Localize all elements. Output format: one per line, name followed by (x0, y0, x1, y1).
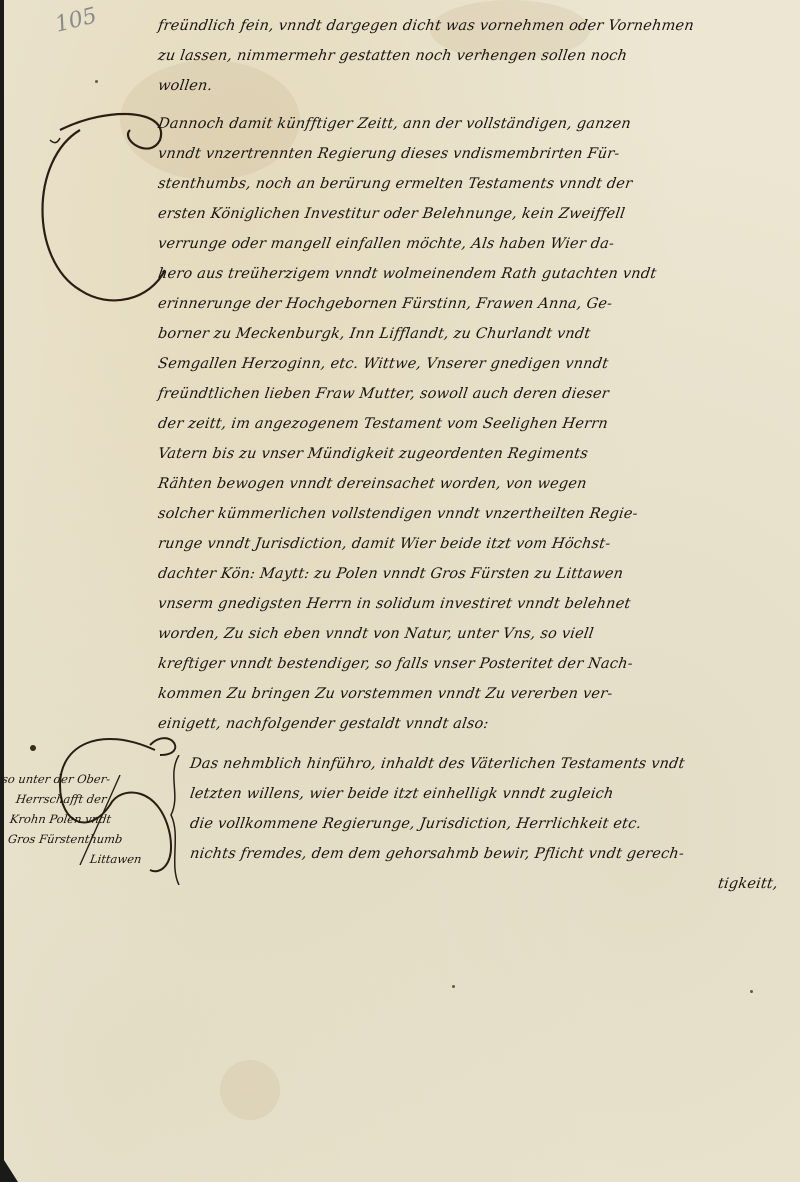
text-line: verrunge oder mangell einfallen möchte, … (157, 236, 615, 252)
decorative-initial-d-flourish (20, 100, 170, 320)
paper-stain (220, 1060, 280, 1120)
text-line: freündlich fein, vnndt dargegen dicht wa… (157, 18, 695, 34)
margin-note-line: Gros Fürstenthumb (7, 832, 123, 846)
text-line: borner zu Meckenburgk, Inn Lifflandt, zu… (157, 326, 592, 342)
text-line: runge vnndt Jurisdiction, damit Wier bei… (157, 536, 612, 552)
text-line: letzten willens, wier beide itzt einhell… (189, 786, 615, 802)
text-line: stenthumbs, noch an berürung ermelten Te… (157, 176, 633, 192)
manuscript-page: 105 freündlich fein, vnndt dargegen dich… (0, 0, 800, 1182)
text-line: Das nehmblich hinführo, inhaldt des Väte… (189, 756, 686, 772)
text-line: Rähten bewogen vnndt dereinsachet worden… (157, 476, 588, 492)
text-line: tigkeitt, (717, 876, 779, 892)
text-line: die vollkommene Regierunge, Jurisdiction… (189, 816, 643, 832)
folio-number: 105 (53, 3, 100, 37)
text-line: der zeitt, im angezogenem Testament vom … (157, 416, 609, 432)
ink-blot (30, 745, 36, 751)
text-line: wollen. (157, 78, 214, 94)
text-line: worden, Zu sich eben vnndt von Natur, un… (157, 626, 595, 642)
text-line: ersten Königlichen Investitur oder Beleh… (157, 206, 626, 222)
margin-bracket (165, 755, 185, 885)
text-line: Vatern bis zu vnser Mündigkeit zugeorden… (157, 446, 589, 462)
text-line: kommen Zu bringen Zu vorstemmen vnndt Zu… (157, 686, 614, 702)
margin-note-line: Littawen (89, 852, 142, 866)
text-line: zu lassen, nimmermehr gestatten noch ver… (157, 48, 628, 64)
torn-corner (0, 1152, 14, 1182)
margin-note-line: so unter der Ober- (1, 772, 111, 786)
text-line: solcher kümmerlichen vollstendigen vnndt… (157, 506, 639, 522)
text-line: dachter Kön: Maytt: zu Polen vnndt Gros … (157, 566, 624, 582)
text-line: einigett, nachfolgender gestaldt vnndt a… (157, 716, 490, 732)
speck (452, 985, 455, 988)
text-line: Dannoch damit künfftiger Zeitt, ann der … (157, 116, 632, 132)
text-line: vnndt vnzertrennten Regierung dieses vnd… (157, 146, 621, 162)
speck (95, 80, 98, 83)
text-line: kreftiger vnndt bestendiger, so falls vn… (157, 656, 634, 672)
text-line: erinnerunge der Hochgebornen Fürstinn, F… (157, 296, 613, 312)
text-line: Semgallen Herzoginn, etc. Wittwe, Vnsere… (157, 356, 609, 372)
text-line: vnserm gnedigsten Herrn in solidum inves… (157, 596, 632, 612)
speck (750, 990, 753, 993)
margin-note-line: Krohn Polen vndt (9, 812, 112, 826)
text-line: freündtlichen lieben Fraw Mutter, sowoll… (157, 386, 610, 402)
text-line: nichts fremdes, dem dem gehorsahmb bewir… (189, 846, 685, 862)
margin-note-line: Herrschafft der (15, 792, 107, 806)
text-line: hero aus treüherzigem vnndt wolmeinendem… (157, 266, 658, 282)
